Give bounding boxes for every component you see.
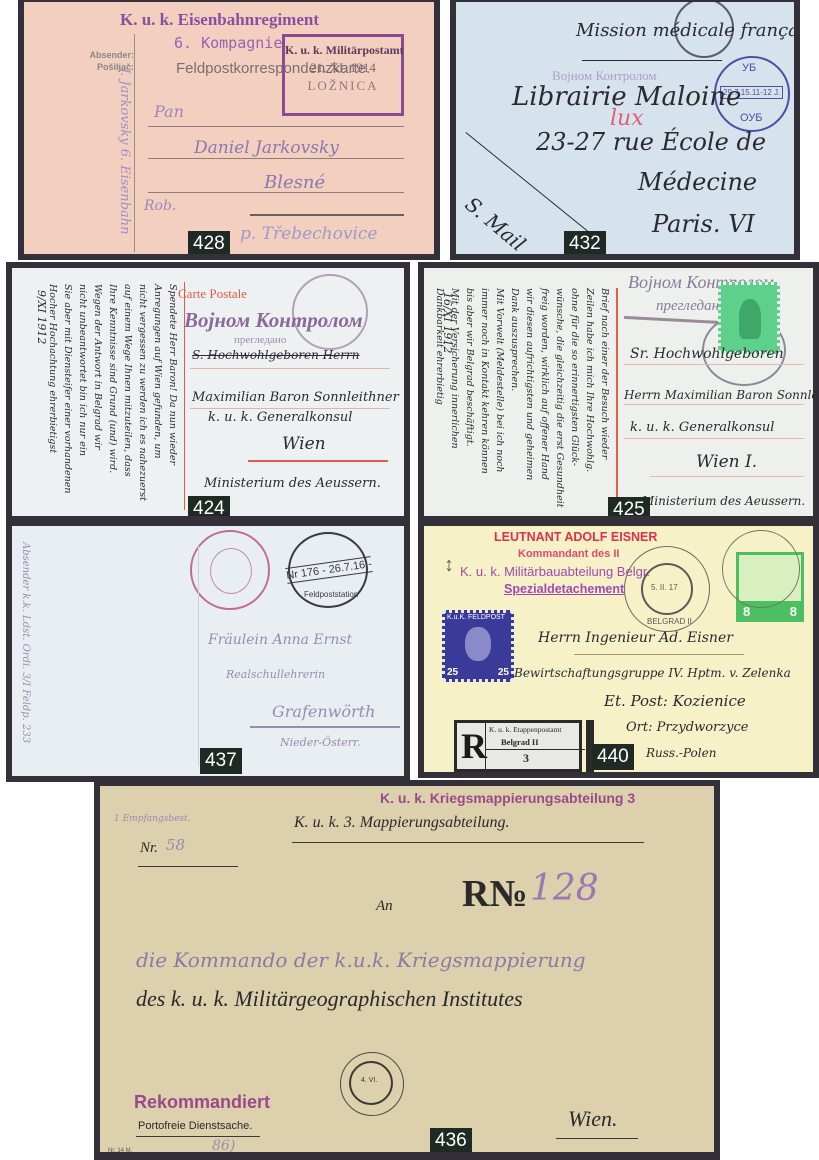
number-label: Nr. — [140, 840, 158, 857]
address-line: p. Třebechovice — [240, 224, 378, 244]
address-line: Sr. Hochwohlgeboren — [630, 346, 784, 362]
address-line: Herrn Maximilian Baron Sonnleithner — [624, 388, 819, 402]
cover-436: K. u. k. Kriegsmappierungsabteilung 3 K.… — [94, 780, 720, 1160]
lot-number: 428 — [188, 231, 230, 257]
censor-sub: прегледано — [656, 298, 727, 315]
sender-rank: Kommandant des II — [518, 548, 619, 560]
unit-header: K. u. k. Militärbauabteilung Belgr. — [460, 564, 650, 579]
etappen-cancel: 4. VI. — [340, 1052, 404, 1116]
address-line: S. Hochwohlgeboren Herrn — [192, 348, 359, 362]
card-title: Carte Postale — [178, 286, 247, 302]
feldpost-stamp: K.u.K. FELDPOST 25 25 — [442, 610, 514, 682]
cancel-line-1: K. u. k. Militärpostamt — [285, 43, 401, 58]
footnote: 86) — [212, 1138, 235, 1154]
address-line: Maximilian Baron Sonnleithner — [192, 390, 399, 405]
postcard-428: K. u. k. Eisenbahnregiment 6. Kompagnie.… — [18, 0, 440, 260]
address-line: Ort: Przydworzyce — [626, 720, 748, 735]
cancel-date: 21. XI. 1914 — [285, 60, 401, 76]
registered-stamp: Rekommandiert — [134, 1092, 270, 1113]
cover-432: Mission médicale française Војном Контро… — [450, 0, 800, 260]
sender-label: Absender: — [82, 50, 134, 60]
unit-seal — [190, 530, 270, 610]
censor-mark: Војном Контролом — [184, 308, 363, 333]
divider-line — [134, 34, 135, 252]
postcard-425: Војном Контролом прегледано Sr. Hochwohl… — [418, 262, 819, 522]
address-line: k. u. k. Generalkonsul — [208, 410, 352, 425]
lot-number: 436 — [430, 1128, 472, 1154]
regiment-stamp: K. u. k. Eisenbahnregiment — [120, 10, 319, 30]
address-line: k. u. k. Generalkonsul — [630, 420, 774, 435]
address-line: Grafenwörth — [272, 702, 375, 721]
sender-header: LEUTNANT ADOLF EISNER — [494, 530, 657, 544]
printed-unit: K. u. k. 3. Mappierungsabteilung. — [294, 814, 510, 832]
address-line: Mission médicale française — [576, 20, 800, 41]
form-number: Nr. 14 M. — [108, 1148, 132, 1154]
address-line: Ministerium des Aeussern. — [642, 494, 805, 508]
destination: Wien. — [568, 1106, 618, 1132]
postcard-437: Nr 176 - 26.7.16 - Feldpoststation Fräul… — [6, 520, 410, 782]
address-line: Ministerium des Aeussern. — [204, 476, 381, 491]
sender-handwriting: J. Jarkovsky 6. Eisenbahn — [117, 68, 132, 234]
address-line: Herrn Ingenieur Ad. Eisner — [538, 630, 733, 646]
address-line: Rob. — [144, 198, 176, 214]
address-line: Wien — [282, 434, 326, 454]
official-mail-label: Portofreie Dienstsache. — [138, 1120, 252, 1132]
message-text: Brief nach einer der Besuch wieder Zeile… — [432, 288, 612, 508]
an-label: An — [376, 898, 393, 915]
cancel-place: LOŽNICA — [285, 78, 401, 94]
institute-line: des k. u. k. Militärgeographischen Insti… — [136, 986, 523, 1012]
address-line: Realschullehrerin — [226, 668, 325, 681]
message-text: Absender k.k. Ldst. Ordi. 3/I Feldp. 233… — [6, 542, 36, 743]
lot-number: 432 — [564, 231, 606, 257]
address-line: Daniel Jarkovsky — [194, 138, 339, 158]
registration-number: 128 — [530, 868, 599, 909]
lot-number: 437 — [200, 748, 242, 774]
detachment-header: Spezialdetachement — [504, 582, 624, 596]
address-line: Médecine — [638, 168, 757, 196]
etappen-cancel: 5. II. 17 BELGRAD II — [624, 546, 710, 632]
company-stamp: 6. Kompagnie. — [174, 34, 291, 52]
address-line: Et. Post: Kozienice — [604, 692, 746, 710]
address-line: Fräulein Anna Ernst — [208, 632, 352, 648]
message-text: Spendete Herr Baron! Da nun wieder Anreg… — [45, 284, 180, 501]
lot-number: 425 — [608, 497, 650, 522]
address-line: Paris. VI — [652, 210, 755, 238]
address-line: Pan — [154, 102, 184, 121]
divider-line — [616, 288, 618, 510]
lot-number: 440 — [592, 744, 634, 770]
unit-stamp: K. u. k. Kriegsmappierungsabteilung 3 — [380, 790, 635, 806]
left-note: 1 Empfangsbest. — [114, 814, 191, 824]
address-line: Russ.-Polen — [646, 746, 716, 760]
address-line: Blesné — [264, 172, 325, 193]
censor-sub: прегледано — [234, 334, 286, 346]
double-arrow-icon: ↕ — [444, 554, 454, 577]
registration-label: R K. u. k. Etappenpostamt Belgrad II 3 — [454, 720, 582, 772]
number-value: 58 — [166, 836, 185, 854]
addressee-line: die Kommando der k.u.k. Kriegsmappierung — [136, 948, 586, 972]
stationery-card-440: LEUTNANT ADOLF EISNER Kommandant des II … — [418, 520, 819, 778]
serbian-stamp — [718, 282, 780, 354]
address-line: Wien I. — [696, 452, 757, 472]
address-line: 23-27 rue École de — [536, 128, 766, 156]
side-note: S. Mail — [461, 192, 531, 256]
postcard-424: Carte Postale Војном Контролом прегледан… — [6, 262, 410, 522]
address-line: Nieder-Österr. — [280, 736, 361, 749]
address-line: Bewirtschaftungsgruppe IV. Hptm. v. Zele… — [514, 666, 791, 680]
registration-prefix: R№ — [462, 872, 528, 916]
feldpost-cancel: Nr 176 - 26.7.16 - Feldpoststation — [288, 532, 368, 608]
box-cancel: K. u. k. Militärpostamt 21. XI. 1914 LOŽ… — [282, 34, 404, 116]
lot-number: 424 — [188, 496, 230, 522]
